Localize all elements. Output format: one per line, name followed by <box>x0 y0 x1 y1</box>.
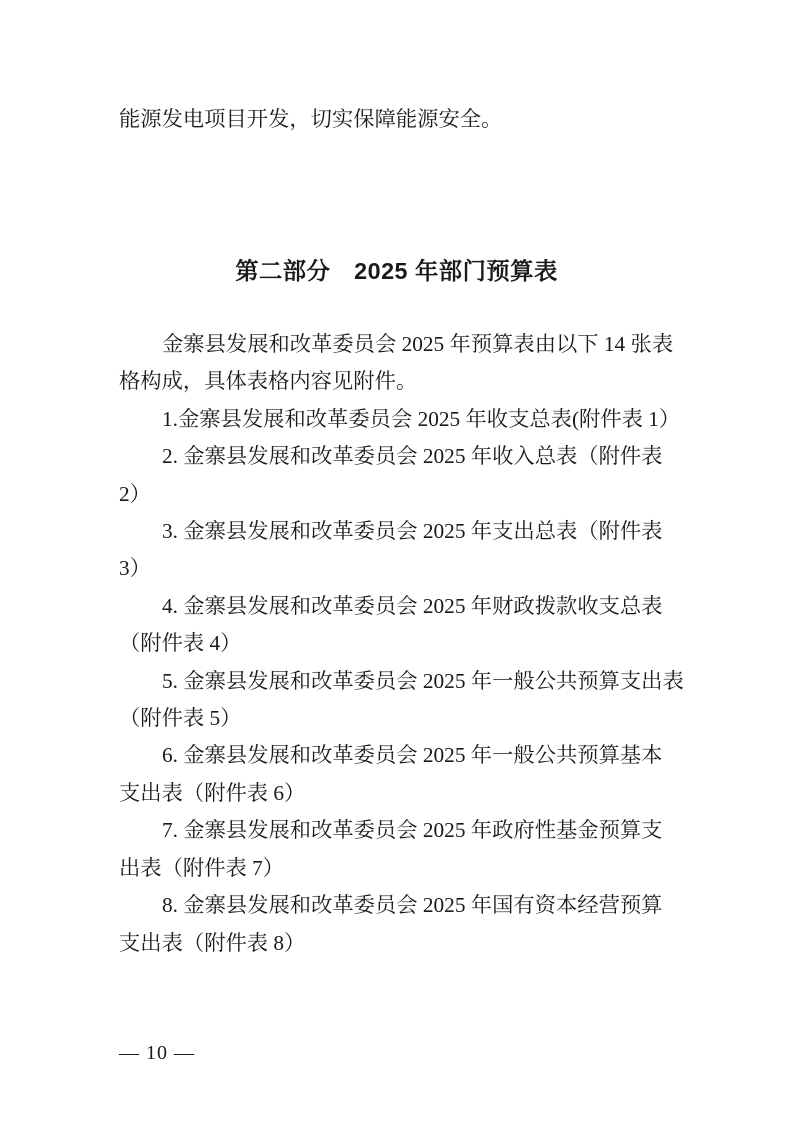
body-line: 4. 金寨县发展和改革委员会 2025 年财政拨款收支总表 <box>119 588 677 625</box>
body-line: 格构成，具体表格内容见附件。 <box>119 363 677 400</box>
section-heading: 第二部分 2025 年部门预算表 <box>0 251 793 291</box>
body-line: 7. 金寨县发展和改革委员会 2025 年政府性基金预算支 <box>119 812 677 849</box>
body-text-block: 金寨县发展和改革委员会 2025 年预算表由以下 14 张表 格构成，具体表格内… <box>119 326 677 962</box>
body-line: 支出表（附件表 8） <box>119 925 677 962</box>
body-line: 2） <box>119 476 677 513</box>
body-line: 6. 金寨县发展和改革委员会 2025 年一般公共预算基本 <box>119 737 677 774</box>
body-line: 3. 金寨县发展和改革委员会 2025 年支出总表（附件表 <box>119 513 677 550</box>
body-line: 1.金寨县发展和改革委员会 2025 年收支总表(附件表 1） <box>119 401 677 438</box>
paragraph-continuation-line: 能源发电项目开发，切实保障能源安全。 <box>119 101 502 138</box>
page-number: — 10 — <box>119 1041 195 1065</box>
body-line: 出表（附件表 7） <box>119 850 677 887</box>
body-line: 5. 金寨县发展和改革委员会 2025 年一般公共预算支出表 <box>119 663 677 700</box>
body-line: （附件表 5） <box>119 700 677 737</box>
body-line: （附件表 4） <box>119 625 677 662</box>
body-line: 8. 金寨县发展和改革委员会 2025 年国有资本经营预算 <box>119 887 677 924</box>
body-line: 金寨县发展和改革委员会 2025 年预算表由以下 14 张表 <box>119 326 677 363</box>
body-line: 3） <box>119 550 677 587</box>
body-line: 支出表（附件表 6） <box>119 775 677 812</box>
document-page: 能源发电项目开发，切实保障能源安全。 第二部分 2025 年部门预算表 金寨县发… <box>0 0 793 1122</box>
body-line: 2. 金寨县发展和改革委员会 2025 年收入总表（附件表 <box>119 438 677 475</box>
